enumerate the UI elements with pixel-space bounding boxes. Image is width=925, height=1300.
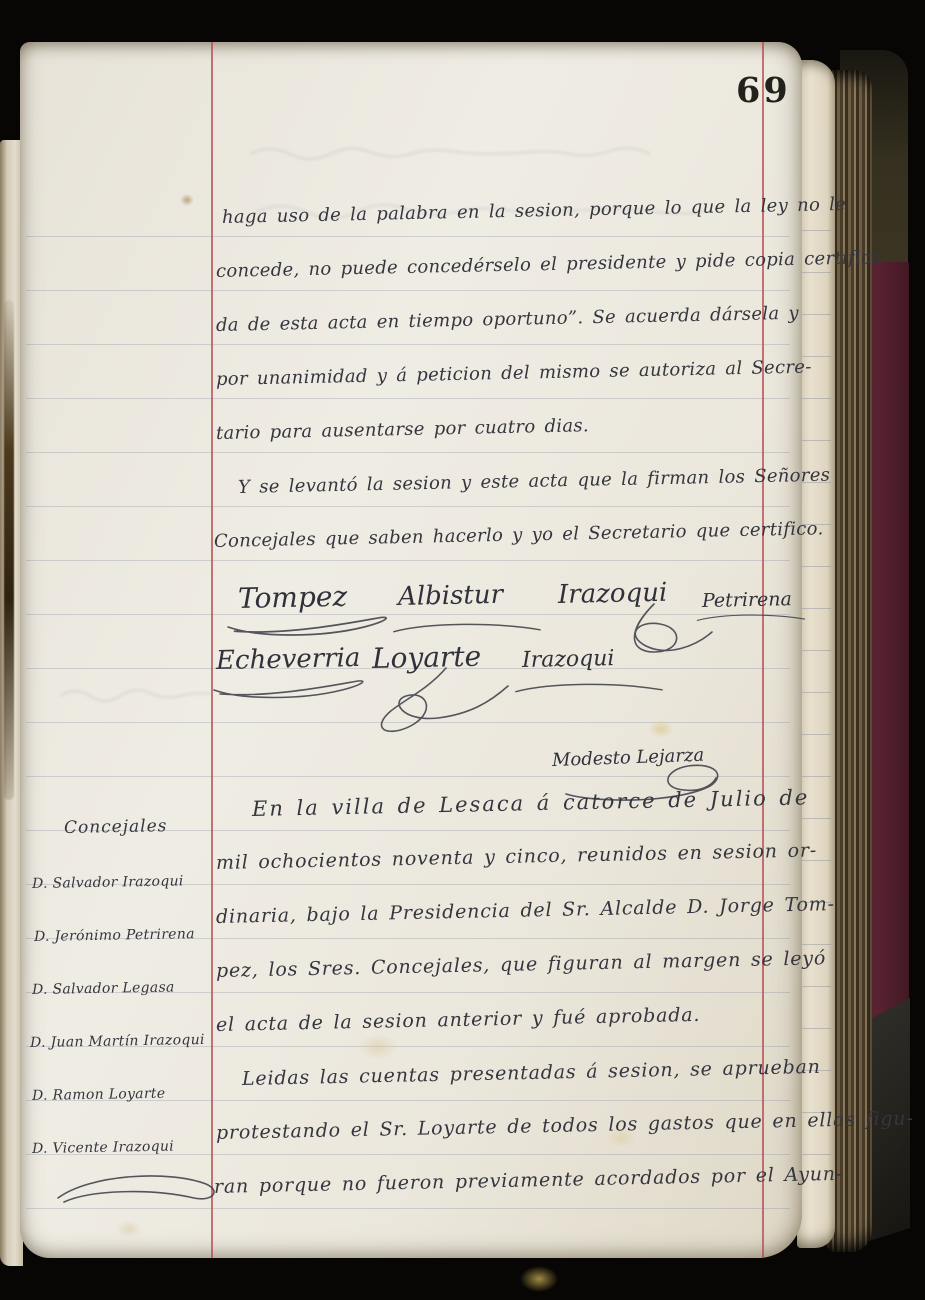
- signature-flourish: [696, 610, 806, 624]
- margin-flourish: [50, 1168, 230, 1212]
- foxing-stain: [358, 1034, 398, 1060]
- signature: Tompez: [238, 580, 348, 615]
- foxing-stain: [648, 720, 674, 738]
- margin-councilor: D. Juan Martín Irazoqui: [30, 1032, 205, 1051]
- margin-councilor: D. Salvador Irazoqui: [32, 873, 184, 892]
- foxing-stain: [116, 1220, 142, 1238]
- bleedthrough-mark: [60, 684, 220, 710]
- signature: Irazoqui: [522, 646, 615, 673]
- signature-flourish: [392, 618, 542, 636]
- manuscript-page: 69 haga uso de la palabra en la sesion, …: [20, 42, 802, 1258]
- margin-header: Concejales: [64, 816, 168, 838]
- margin-councilor: D. Vicente Irazoqui: [32, 1139, 174, 1157]
- signature: Echeverria: [216, 643, 361, 676]
- foxing-stain: [180, 194, 194, 206]
- foxing-stain: [520, 1266, 558, 1292]
- margin-councilor: D. Salvador Legasa: [32, 980, 175, 998]
- page-number: 69: [736, 70, 791, 111]
- manuscript-photo: 69 haga uso de la palabra en la sesion, …: [0, 0, 925, 1300]
- signature-flourish: [514, 678, 664, 696]
- margin-councilor: D. Jerónimo Petrirena: [34, 926, 195, 945]
- gutter-stain: [4, 300, 14, 800]
- signature: Albistur: [398, 580, 504, 612]
- margin-councilor: D. Ramon Loyarte: [32, 1086, 166, 1104]
- signature-flourish: [226, 614, 396, 640]
- bleedthrough-mark: [250, 142, 670, 168]
- signature-flourish: [362, 666, 512, 736]
- left-margin-line: [211, 42, 213, 1258]
- signature-flourish: [206, 678, 378, 702]
